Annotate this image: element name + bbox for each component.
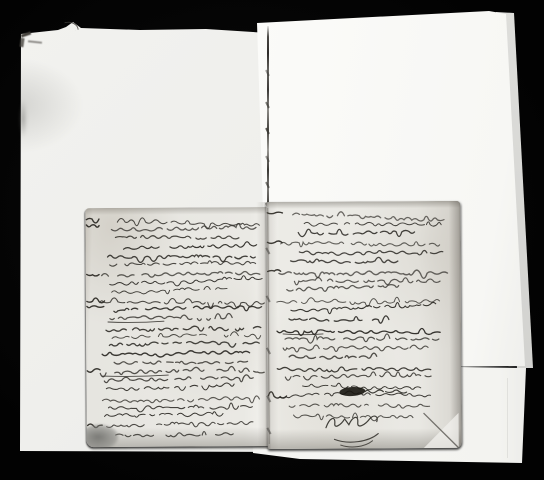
register-spread: [85, 201, 462, 450]
page-corner-smudge: [85, 424, 118, 447]
left-page: [85, 207, 269, 447]
binding-seam: [267, 26, 269, 208]
scanned-register-photo: [0, 0, 544, 480]
corner-ink-smudge: [20, 32, 50, 54]
handwriting-left: [85, 207, 269, 447]
edge-gray-streak: [19, 100, 27, 138]
under-sheet-crease: [507, 378, 508, 458]
handwriting-right: [266, 201, 462, 449]
right-page: [266, 201, 462, 449]
